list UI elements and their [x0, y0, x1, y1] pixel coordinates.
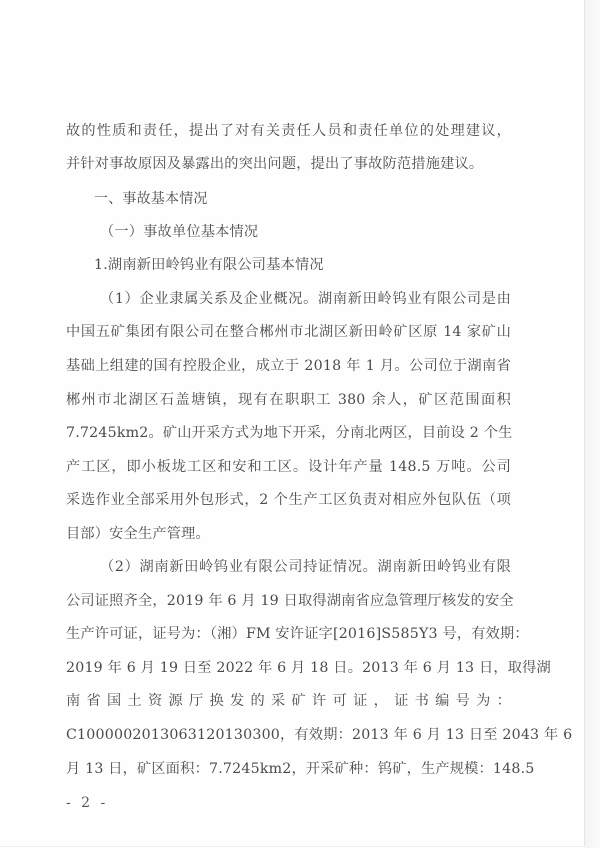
body-text-line: 基础上组建的国有控股企业，成立于 2018 年 1 月。公司位于湖南省	[66, 355, 511, 377]
body-text-line: C1000002013063120130300，有效期：2013 年 6 月 1…	[66, 724, 511, 746]
page-number: - 2 -	[66, 792, 108, 814]
subsection-title: 1.湖南新田岭钨业有限公司基本情况	[94, 254, 511, 276]
body-text-line: 生产许可证，证号为：（湘）FM 安许证字[2016]S585Y3 号，有效期：	[66, 623, 511, 645]
body-text-line: （1）企业隶属关系及企业概况。湖南新田岭钨业有限公司是由	[100, 288, 511, 310]
body-text-line: 郴州市北湖区石盖塘镇，现有在职职工 380 余人，矿区范围面积	[66, 389, 511, 411]
body-text-line: 南省国土资源厅换发的采矿许可证，证书编号为：	[66, 690, 511, 712]
body-text-line: 中国五矿集团有限公司在整合郴州市北湖区新田岭矿区原 14 家矿山	[66, 321, 511, 343]
body-text-line: 并针对事故原因及暴露出的突出问题，提出了事故防范措施建议。	[66, 153, 511, 175]
page-edge	[585, 0, 600, 848]
subsection-heading: （一）事故单位基本情况	[100, 221, 511, 243]
body-text-line: （2）湖南新田岭钨业有限公司持证情况。湖南新田岭钨业有限	[100, 556, 511, 578]
body-text-line: 2019 年 6 月 19 日至 2022 年 6 月 18 日。2013 年 …	[66, 657, 511, 679]
body-text-line: 采选作业全部采用外包形式，2 个生产工区负责对相应外包队伍（项	[66, 489, 511, 511]
body-text-line: 故的性质和责任，提出了对有关责任人员和责任单位的处理建议，	[66, 120, 511, 142]
body-text-line: 产工区，即小板垅工区和安和工区。设计年产量 148.5 万吨。公司	[66, 456, 511, 478]
body-text-line: 目部）安全生产管理。	[66, 523, 511, 545]
body-text-line: 公司证照齐全，2019 年 6 月 19 日取得湖南省应急管理厅核发的安全	[66, 590, 511, 612]
section-heading: 一、事故基本情况	[94, 188, 511, 210]
body-text-line: 月 13 日，矿区面积：7.7245km2，开采矿种：钨矿，生产规模：148.5	[66, 758, 511, 780]
document-page: 故的性质和责任，提出了对有关责任人员和责任单位的处理建议， 并针对事故原因及暴露…	[0, 0, 585, 847]
body-text-line: 7.7245km2。矿山开采方式为地下开采，分南北两区，目前设 2 个生	[66, 422, 511, 444]
